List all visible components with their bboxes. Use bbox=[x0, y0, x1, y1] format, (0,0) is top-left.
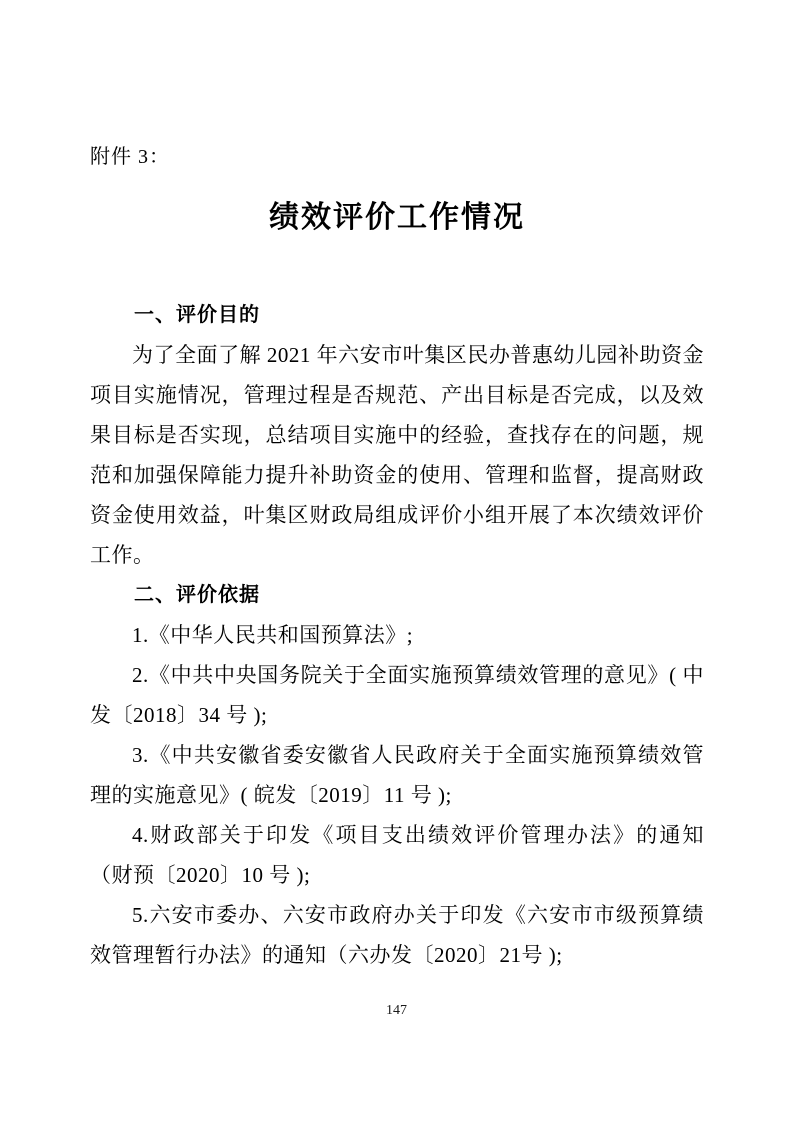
basis-item-1: 1.《中华人民共和国预算法》; bbox=[90, 615, 704, 655]
document-page: 附件 3： 绩效评价工作情况 一、评价目的 为了全面了解 2021 年六安市叶集… bbox=[0, 0, 793, 1122]
basis-item-4: 4.财政部关于印发《项目支出绩效评价管理办法》的通知（财预〔2020〕10 号 … bbox=[90, 815, 704, 895]
section-evaluation-purpose: 一、评价目的 为了全面了解 2021 年六安市叶集区民办普惠幼儿园补助资金项目实… bbox=[90, 295, 704, 575]
attachment-label: 附件 3： bbox=[90, 143, 704, 171]
basis-item-3: 3.《中共安徽省委安徽省人民政府关于全面实施预算绩效管理的实施意见》( 皖发〔2… bbox=[90, 735, 704, 815]
page-number: 147 bbox=[0, 1001, 793, 1021]
basis-item-5: 5.六安市委办、六安市政府办关于印发《六安市市级预算绩效管理暂行办法》的通知（六… bbox=[90, 895, 704, 975]
section-heading-evaluation-basis: 二、评价依据 bbox=[90, 575, 704, 615]
section-heading-evaluation-purpose: 一、评价目的 bbox=[90, 295, 704, 335]
document-content: 附件 3： 绩效评价工作情况 一、评价目的 为了全面了解 2021 年六安市叶集… bbox=[90, 143, 704, 975]
document-title: 绩效评价工作情况 bbox=[90, 197, 704, 239]
basis-item-2: 2.《中共中央国务院关于全面实施预算绩效管理的意见》( 中发〔2018〕34 号… bbox=[90, 655, 704, 735]
evaluation-purpose-paragraph: 为了全面了解 2021 年六安市叶集区民办普惠幼儿园补助资金项目实施情况，管理过… bbox=[90, 335, 704, 575]
section-evaluation-basis: 二、评价依据 1.《中华人民共和国预算法》; 2.《中共中央国务院关于全面实施预… bbox=[90, 575, 704, 975]
